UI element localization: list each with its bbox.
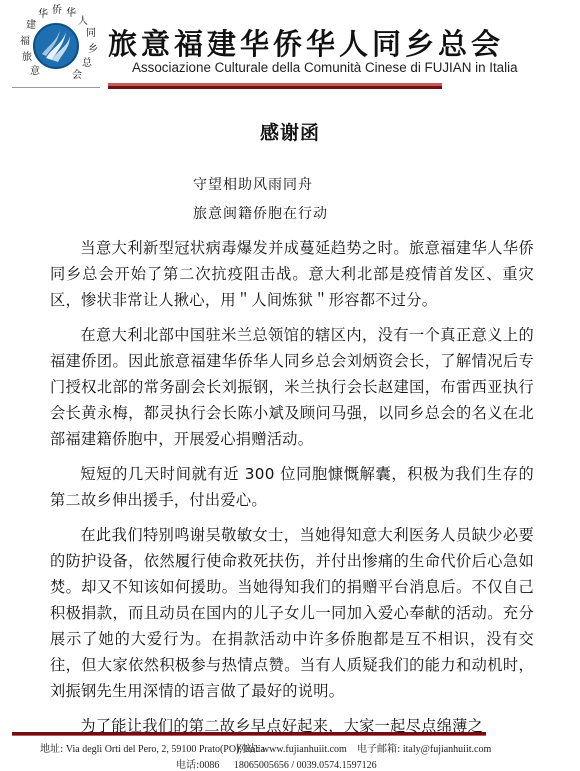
svg-text:意: 意 <box>30 65 40 77</box>
subtitle-1: 守望相助风雨同舟 <box>193 174 313 194</box>
footer-website: 网站: www.fujianhuiit.com <box>236 740 347 755</box>
paragraph-1: 当意大利新型冠状病毒爆发并成蔓延趋势之时。旅意福建华人华侨同乡总会开始了第二次抗… <box>50 235 534 313</box>
footer-email: 电子邮箱: italy@fujianhuiit.com <box>357 740 491 755</box>
email-label: 电子邮箱: <box>357 744 400 755</box>
svg-text:总: 总 <box>82 56 93 69</box>
paragraph-2: 在意大利北部中国驻米兰总领馆的辖区内，没有一个真正意义上的福建侨团。因此旅意福建… <box>50 322 534 452</box>
phone-country-code: 0086 <box>199 760 219 771</box>
header-divider-thin <box>12 87 100 88</box>
svg-text:建: 建 <box>26 18 36 31</box>
footer-phone: 电话:0086 18065005656 / 0039.0574.1597126 <box>176 756 377 771</box>
svg-text:乡: 乡 <box>88 42 98 55</box>
association-emblem-icon: 福 建 华 侨 华 人 同 乡 总 会 旅 意 <box>12 4 100 84</box>
svg-text:会: 会 <box>72 68 82 81</box>
svg-text:华: 华 <box>38 7 48 20</box>
svg-text:福: 福 <box>20 34 30 47</box>
organization-name-chinese: 旅意福建华侨华人同乡总会 <box>108 22 568 63</box>
organization-name-italian: Associazione Culturale della Comunità Ci… <box>132 60 562 75</box>
footer-divider-accent <box>12 735 486 736</box>
footer-address: 地址: Via degli Orti del Pero, 2, 59100 Pr… <box>40 740 265 755</box>
letterhead: 福 建 华 侨 华 人 同 乡 总 会 旅 意 旅意福建华侨华人同乡总会 Ass… <box>0 0 580 92</box>
svg-text:人: 人 <box>78 14 88 27</box>
header-divider <box>108 86 442 89</box>
website-label: 网站: <box>236 744 259 755</box>
svg-text:华: 华 <box>66 6 76 19</box>
letter-body: 当意大利新型冠状病毒爆发并成蔓延趋势之时。旅意福建华人华侨同乡总会开始了第二次抗… <box>50 235 534 748</box>
phone-numbers: 18065005656 / 0039.0574.1597126 <box>234 760 377 771</box>
website-link[interactable]: www.fujianhuiit.com <box>262 744 347 755</box>
document-title: 感谢函 <box>0 118 580 145</box>
phone-label: 电话: <box>176 760 199 771</box>
svg-text:侨: 侨 <box>52 4 62 16</box>
email-link[interactable]: italy@fujianhuiit.com <box>403 744 491 755</box>
svg-text:同: 同 <box>86 27 96 39</box>
address-label: 地址: <box>40 744 63 755</box>
subtitle-2: 旅意闽籍侨胞在行动 <box>193 203 328 223</box>
paragraph-3: 短短的几天时间就有近 300 位同胞慷慨解囊，积极为我们生存的第二故乡伸出援手，… <box>50 461 534 513</box>
paragraph-4: 在此我们特别鸣谢吴敬敏女士，当她得知意大利医务人员缺少必要的防护设备，依然履行使… <box>50 522 534 704</box>
svg-text:旅: 旅 <box>22 51 32 63</box>
